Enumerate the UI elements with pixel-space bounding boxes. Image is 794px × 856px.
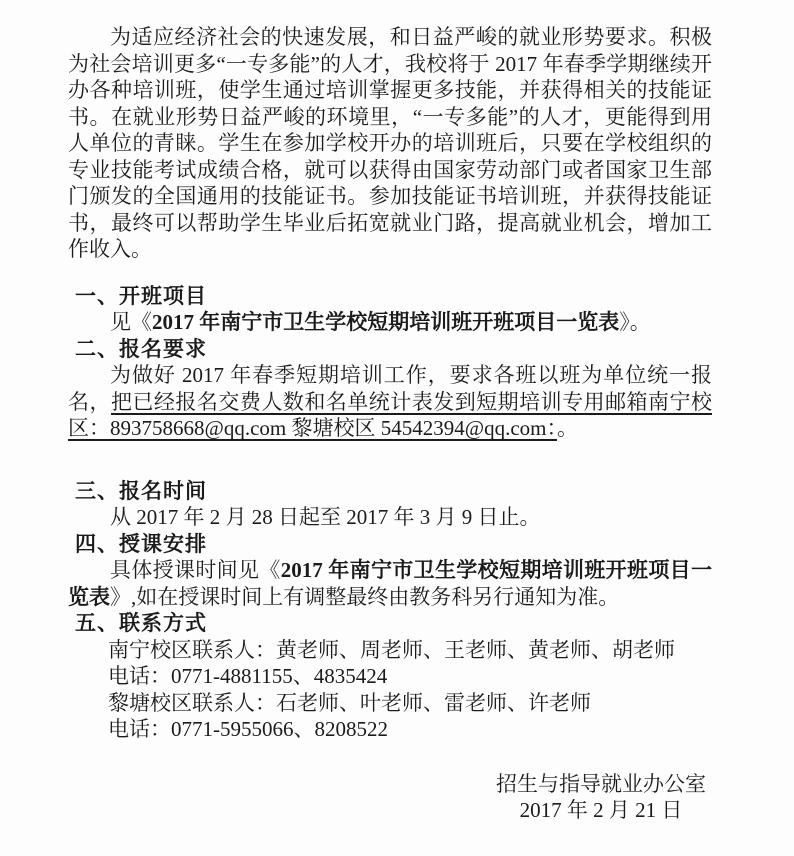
contact-litang-persons: 黎塘校区联系人：石老师、叶老师、雷老师、许老师 bbox=[108, 690, 712, 717]
section-1-body-title: 2017 年南宁市卫生学校短期培训班开班项目一览表 bbox=[152, 310, 619, 334]
contact-nanning-persons: 南宁校区联系人：黄老师、周老师、王老师、黄老师、胡老师 bbox=[108, 637, 712, 664]
signature-org: 招生与指导就业办公室 bbox=[496, 771, 706, 798]
intro-paragraph: 为适应经济社会的快速发展，和日益严峻的就业形势要求。积极为社会培训更多“一专多能… bbox=[68, 24, 712, 263]
section-2-body-suffix: 。 bbox=[557, 416, 578, 440]
section-5-heading: 五、联系方式 bbox=[68, 610, 712, 637]
section-4-heading: 四、授课安排 bbox=[68, 531, 712, 558]
contact-nanning-phone: 电话：0771-4881155、4835424 bbox=[108, 663, 712, 690]
section-4-body-suffix: 》,如在授课时间上有调整最终由教务科另行通知为准。 bbox=[110, 585, 619, 609]
notice-document-page: 为适应经济社会的快速发展，和日益严峻的就业形势要求。积极为社会培训更多“一专多能… bbox=[0, 0, 794, 856]
signature-date: 2017 年 2 月 21 日 bbox=[496, 797, 706, 824]
section-2-body-underlined: 把已经报名交费人数和名单统计表发到短期培训专用邮箱南宁校区：893758668@… bbox=[68, 390, 712, 441]
section-1-body-prefix: 见《 bbox=[110, 310, 152, 334]
section-3-heading: 三、报名时间 bbox=[68, 478, 712, 505]
section-1-body: 见《2017 年南宁市卫生学校短期培训班开班项目一览表》。 bbox=[68, 309, 712, 336]
signature-block: 招生与指导就业办公室 2017 年 2 月 21 日 bbox=[496, 771, 706, 824]
section-1-body-suffix: 》。 bbox=[619, 310, 651, 334]
section-2-body: 为做好 2017 年春季短期培训工作，要求各班以班为单位统一报名，把已经报名交费… bbox=[68, 362, 712, 442]
section-3-body: 从 2017 年 2 月 28 日起至 2017 年 3 月 9 日止。 bbox=[68, 504, 712, 531]
section-4-body-prefix: 具体授课时间见《 bbox=[110, 558, 281, 582]
section-2-heading: 二、报名要求 bbox=[68, 336, 712, 363]
section-4-body: 具体授课时间见《2017 年南宁市卫生学校短期培训班开班项目一览表》,如在授课时… bbox=[68, 557, 712, 610]
contact-litang-phone: 电话：0771-5955066、8208522 bbox=[108, 716, 712, 743]
section-1-heading: 一、开班项目 bbox=[68, 283, 712, 310]
